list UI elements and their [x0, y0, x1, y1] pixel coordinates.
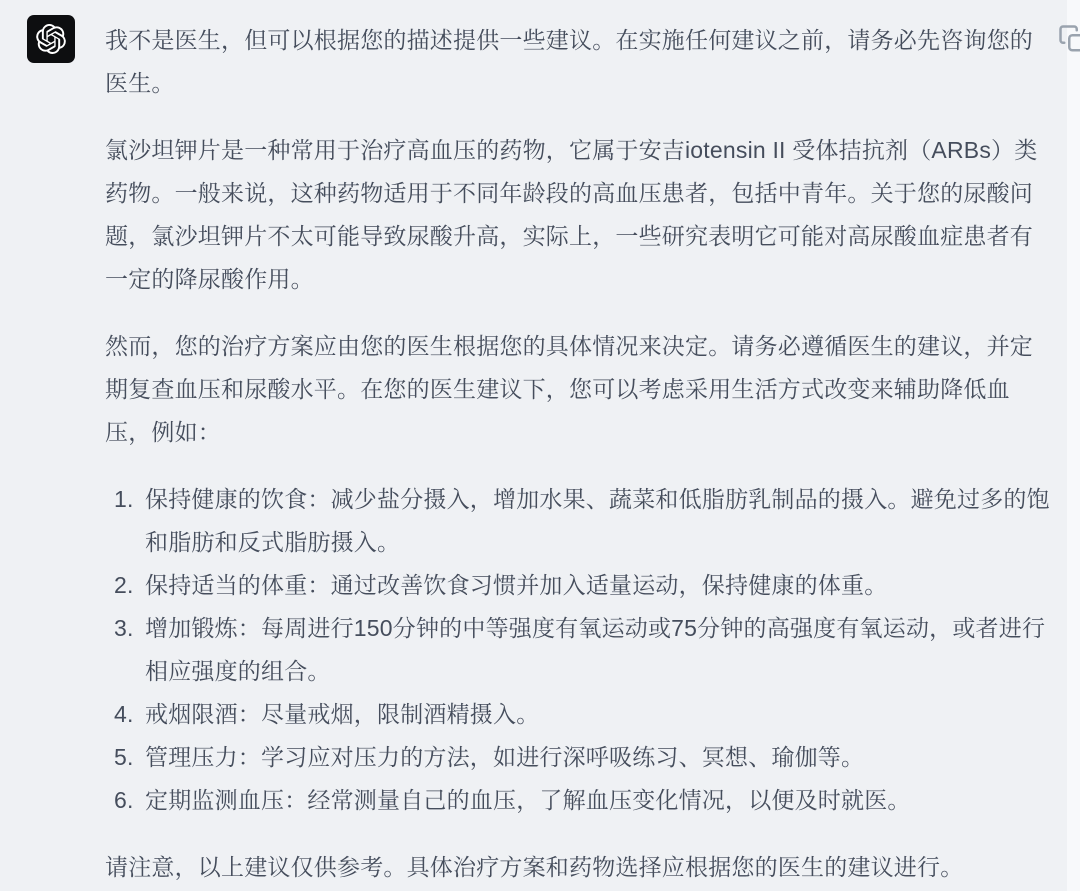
- list-item: 3. 增加锻炼：每周进行150分钟的中等强度有氧运动或75分钟的高强度有氧运动，…: [105, 607, 1050, 693]
- list-item-text: 定期监测血压：经常测量自己的血压，了解血压变化情况，以便及时就医。: [145, 779, 1050, 822]
- list-item-text: 增加锻炼：每周进行150分钟的中等强度有氧运动或75分钟的高强度有氧运动，或者进…: [145, 607, 1050, 693]
- chat-page: 我不是医生，但可以根据您的描述提供一些建议。在实施任何建议之前，请务必先咨询您的…: [0, 0, 1080, 891]
- list-item-text: 戒烟限酒：尽量戒烟，限制酒精摄入。: [145, 693, 1050, 736]
- paragraph-closing-note: 请注意，以上建议仅供参考。具体治疗方案和药物选择应根据您的医生的建议进行。: [105, 846, 1050, 889]
- list-item: 2. 保持适当的体重：通过改善饮食习惯并加入适量运动，保持健康的体重。: [105, 564, 1050, 607]
- list-item: 4. 戒烟限酒：尽量戒烟，限制酒精摄入。: [105, 693, 1050, 736]
- paragraph-treatment-plan: 然而，您的治疗方案应由您的医生根据您的具体情况来决定。请务必遵循医生的建议，并定…: [105, 325, 1050, 454]
- list-item-text: 保持健康的饮食：减少盐分摄入，增加水果、蔬菜和低脂肪乳制品的摄入。避免过多的饱和…: [145, 478, 1050, 564]
- list-item-number: 1.: [105, 478, 145, 521]
- list-item-number: 6.: [105, 779, 145, 822]
- paragraph-medication-info: 氯沙坦钾片是一种常用于治疗高血压的药物，它属于安吉iotensin II 受体拮…: [105, 129, 1050, 301]
- list-item: 6. 定期监测血压：经常测量自己的血压，了解血压变化情况，以便及时就医。: [105, 779, 1050, 822]
- assistant-message: 我不是医生，但可以根据您的描述提供一些建议。在实施任何建议之前，请务必先咨询您的…: [0, 0, 1080, 889]
- assistant-message-body: 我不是医生，但可以根据您的描述提供一些建议。在实施任何建议之前，请务必先咨询您的…: [105, 15, 1050, 889]
- list-item-number: 2.: [105, 564, 145, 607]
- advice-list: 1. 保持健康的饮食：减少盐分摄入，增加水果、蔬菜和低脂肪乳制品的摄入。避免过多…: [105, 478, 1050, 822]
- list-item-text: 保持适当的体重：通过改善饮食习惯并加入适量运动，保持健康的体重。: [145, 564, 1050, 607]
- chatgpt-logo-icon: [36, 24, 66, 54]
- list-item-number: 4.: [105, 693, 145, 736]
- list-item: 1. 保持健康的饮食：减少盐分摄入，增加水果、蔬菜和低脂肪乳制品的摄入。避免过多…: [105, 478, 1050, 564]
- page-edge-strip: [1067, 0, 1080, 891]
- list-item: 5. 管理压力：学习应对压力的方法，如进行深呼吸练习、冥想、瑜伽等。: [105, 736, 1050, 779]
- copy-button[interactable]: [1058, 24, 1080, 54]
- paragraph-disclaimer: 我不是医生，但可以根据您的描述提供一些建议。在实施任何建议之前，请务必先咨询您的…: [105, 19, 1050, 105]
- list-item-number: 3.: [105, 607, 145, 650]
- list-item-number: 5.: [105, 736, 145, 779]
- assistant-avatar: [27, 15, 75, 63]
- copy-icon: [1058, 24, 1080, 54]
- list-item-text: 管理压力：学习应对压力的方法，如进行深呼吸练习、冥想、瑜伽等。: [145, 736, 1050, 779]
